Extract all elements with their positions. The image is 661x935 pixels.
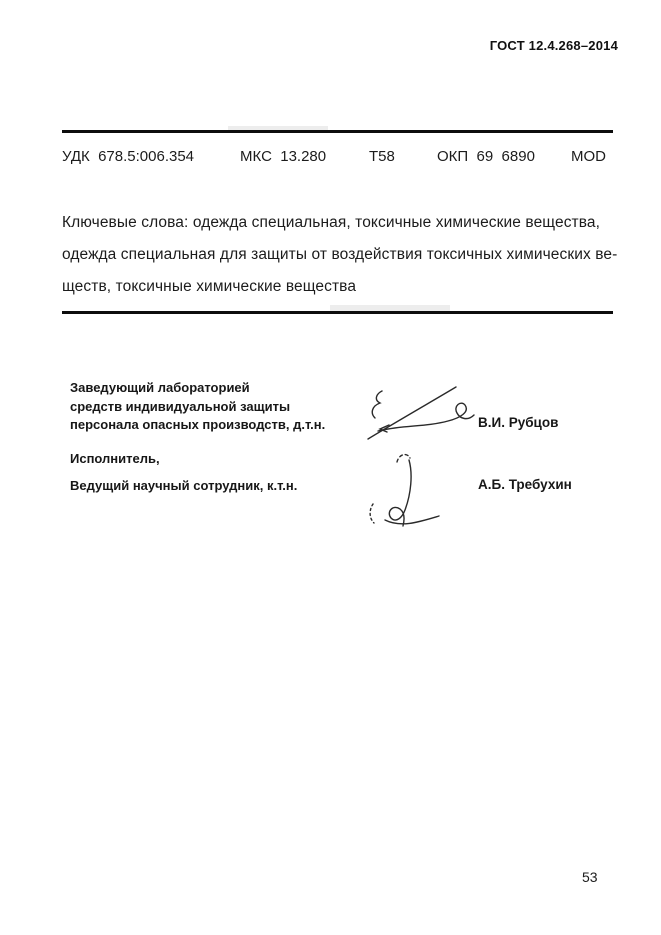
signatory-title-line: персонала опасных производств, д.т.н.: [70, 416, 325, 435]
signatory-name-rubtsov: В.И. Рубцов: [478, 415, 558, 430]
signatory-name-trebukhin: А.Б. Требухин: [478, 477, 572, 492]
signatory-title-researcher: Ведущий научный сотрудник, к.т.н.: [70, 478, 297, 493]
page-number: 53: [582, 869, 598, 885]
okp-code: ОКП 69 6890: [437, 148, 535, 165]
signatory-title-line: Заведующий лабораторией: [70, 379, 325, 398]
keywords-line: одежда специальная для защиты от воздейс…: [62, 239, 618, 271]
signatory-title-executor: Исполнитель,: [70, 451, 160, 466]
signature-trebukhin-icon: [363, 448, 447, 536]
classification-row: УДК 678.5:006.354 МКС 13.280 Т58 ОКП 69 …: [0, 148, 661, 168]
document-page: ГОСТ 12.4.268–2014 УДК 678.5:006.354 МКС…: [0, 0, 661, 935]
divider-top: [62, 130, 613, 133]
udk-code: УДК 678.5:006.354: [62, 148, 194, 165]
doc-number: ГОСТ 12.4.268–2014: [490, 38, 618, 53]
keywords-line: ществ, токсичные химические вещества: [62, 271, 618, 303]
signatory-title-head-of-lab: Заведующий лабораторией средств индивиду…: [70, 379, 325, 435]
keywords-paragraph: Ключевые слова: одежда специальная, токс…: [62, 207, 618, 303]
keywords-line: Ключевые слова: одежда специальная, токс…: [62, 207, 618, 239]
mod-code: MOD: [571, 148, 606, 165]
mks-code: МКС 13.280: [240, 148, 326, 165]
divider-bottom: [62, 311, 613, 314]
signatory-title-line: средств индивидуальной защиты: [70, 398, 325, 417]
t-code: Т58: [369, 148, 395, 165]
signature-rubtsov-icon: [356, 381, 478, 447]
